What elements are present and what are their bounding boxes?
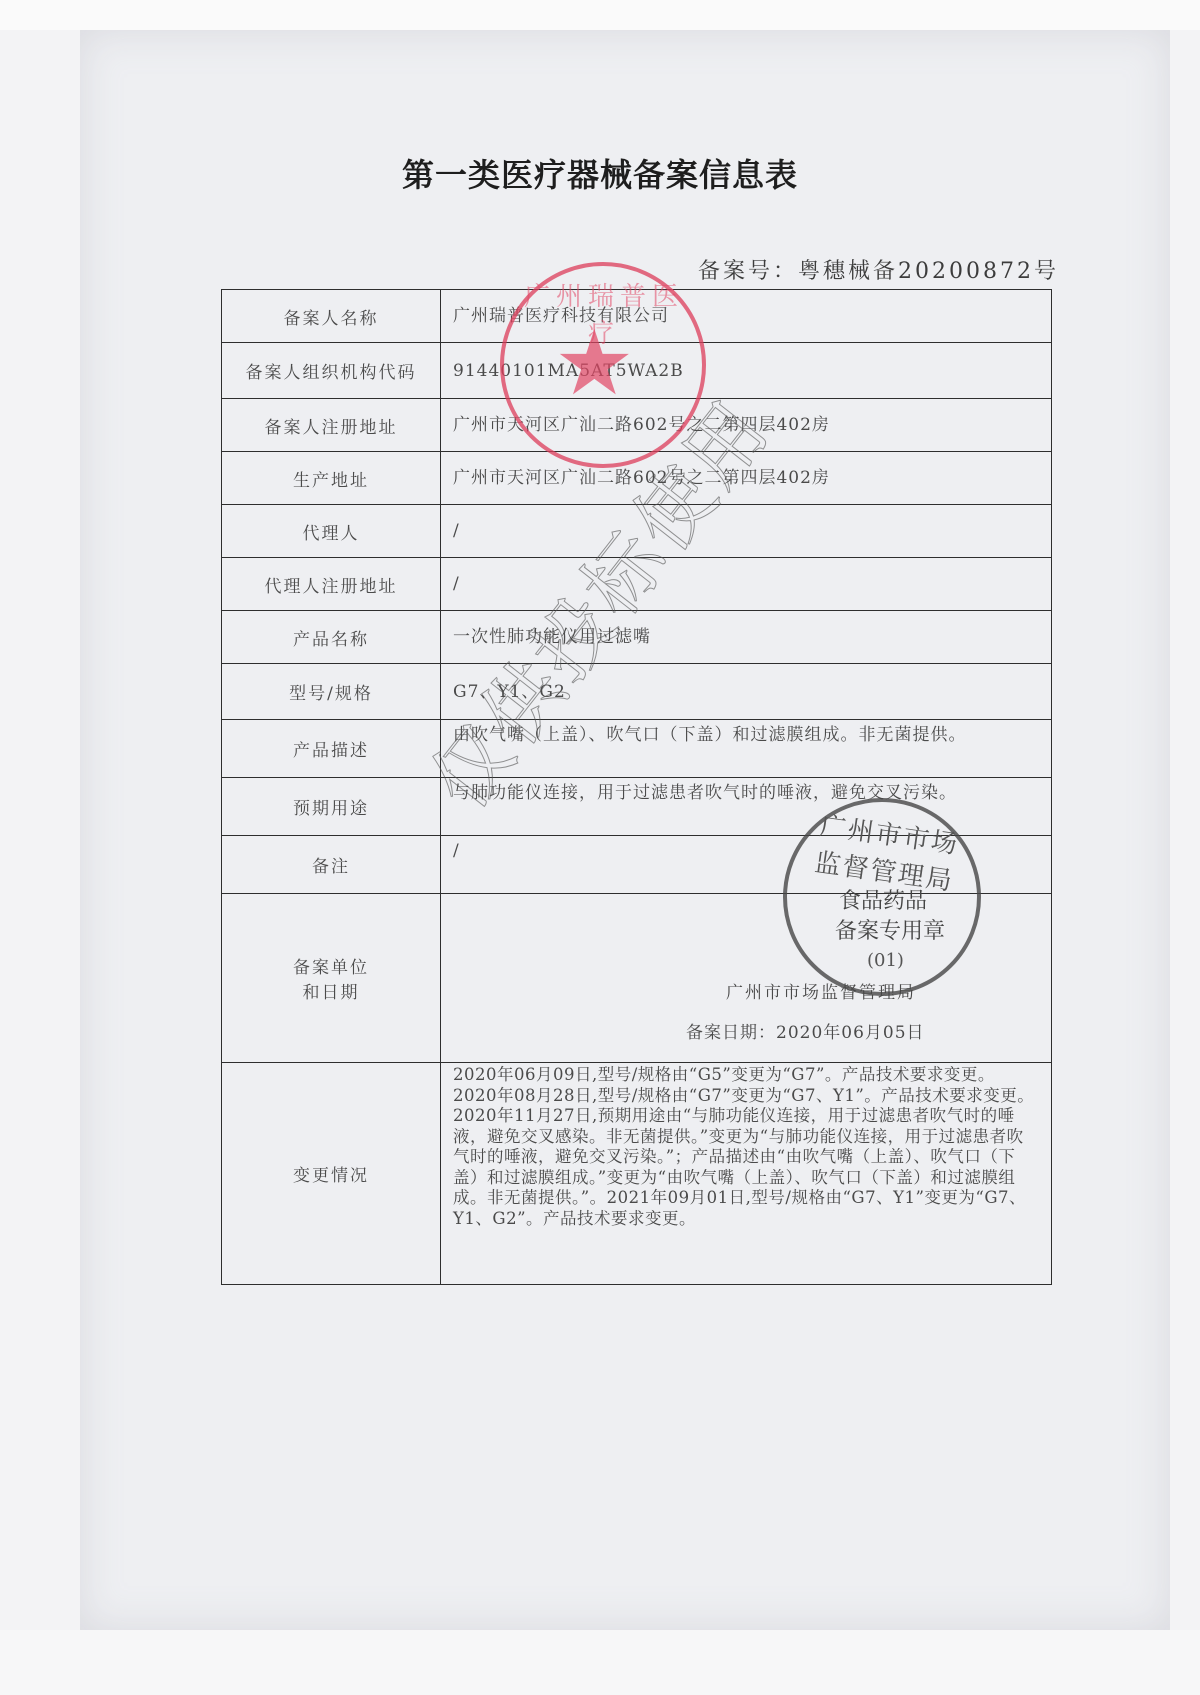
- row-label: 产品名称: [222, 611, 441, 664]
- row-label: 型号/规格: [222, 664, 441, 720]
- filing-unit-name: 广州市市场监督管理局: [726, 984, 916, 1002]
- row-label: 生产地址: [222, 452, 441, 505]
- table-row: 备案人名称 广州瑞普医疗科技有限公司: [222, 290, 1052, 343]
- table-row: 备案人组织机构代码 91440101MA5AT5WA2B: [222, 343, 1052, 399]
- scan-edge: [0, 0, 1200, 30]
- table-row: 产品描述 由吹气嘴（上盖）、吹气口（下盖）和过滤膜组成。非无菌提供。: [222, 720, 1052, 778]
- table-row: 备注 /: [222, 836, 1052, 894]
- table-row: 型号/规格 G7、Y1、G2: [222, 664, 1052, 720]
- row-value: /: [441, 836, 1052, 894]
- filing-date: 备案日期：2020年06月05日: [686, 1024, 925, 1042]
- row-value: /: [441, 558, 1052, 611]
- table-row: 生产地址 广州市天河区广汕二路602号之二第四层402房: [222, 452, 1052, 505]
- filing-unit-row: 备案单位 和日期 广州市市场监督管理局 备案日期：2020年06月05日: [222, 894, 1052, 1063]
- row-label: 代理人: [222, 505, 441, 558]
- changes-row: 变更情况 2020年06月09日,型号/规格由“G5”变更为“G7”。产品技术要…: [222, 1063, 1052, 1285]
- table-row: 代理人 /: [222, 505, 1052, 558]
- row-value: 由吹气嘴（上盖）、吹气口（下盖）和过滤膜组成。非无菌提供。: [441, 720, 1052, 778]
- filing-unit-label: 备案单位 和日期: [222, 894, 441, 1063]
- row-value: 一次性肺功能仪用过滤嘴: [441, 611, 1052, 664]
- row-value: 广州市天河区广汕二路602号之二第四层402房: [441, 399, 1052, 452]
- row-label: 备案人名称: [222, 290, 441, 343]
- row-label: 备案人组织机构代码: [222, 343, 441, 399]
- table-row: 预期用途 与肺功能仪连接，用于过滤患者吹气时的唾液，避免交叉污染。: [222, 778, 1052, 836]
- row-label: 代理人注册地址: [222, 558, 441, 611]
- row-label: 备注: [222, 836, 441, 894]
- row-value: 广州市天河区广汕二路602号之二第四层402房: [441, 452, 1052, 505]
- changes-text: 2020年06月09日,型号/规格由“G5”变更为“G7”。产品技术要求变更。 …: [441, 1063, 1052, 1285]
- row-value: 与肺功能仪连接，用于过滤患者吹气时的唾液，避免交叉污染。: [441, 778, 1052, 836]
- registration-number: 备案号：粤穗械备20200872号: [698, 254, 1059, 285]
- row-value: G7、Y1、G2: [441, 664, 1052, 720]
- filing-info-table: 备案人名称 广州瑞普医疗科技有限公司 备案人组织机构代码 91440101MA5…: [221, 289, 1052, 1285]
- table-row: 代理人注册地址 /: [222, 558, 1052, 611]
- row-value: /: [441, 505, 1052, 558]
- scan-edge-bottom: [0, 1630, 1200, 1695]
- filing-unit-value: 广州市市场监督管理局 备案日期：2020年06月05日: [441, 894, 1052, 1063]
- row-value: 广州瑞普医疗科技有限公司: [441, 290, 1052, 343]
- row-value: 91440101MA5AT5WA2B: [441, 343, 1052, 399]
- label-line: 备案单位: [223, 953, 439, 978]
- table-row: 备案人注册地址 广州市天河区广汕二路602号之二第四层402房: [222, 399, 1052, 452]
- table-row: 产品名称 一次性肺功能仪用过滤嘴: [222, 611, 1052, 664]
- row-label: 产品描述: [222, 720, 441, 778]
- row-label: 备案人注册地址: [222, 399, 441, 452]
- document-title: 第一类医疗器械备案信息表: [0, 150, 1200, 196]
- changes-label: 变更情况: [222, 1063, 441, 1285]
- row-label: 预期用途: [222, 778, 441, 836]
- label-line: 和日期: [223, 978, 439, 1003]
